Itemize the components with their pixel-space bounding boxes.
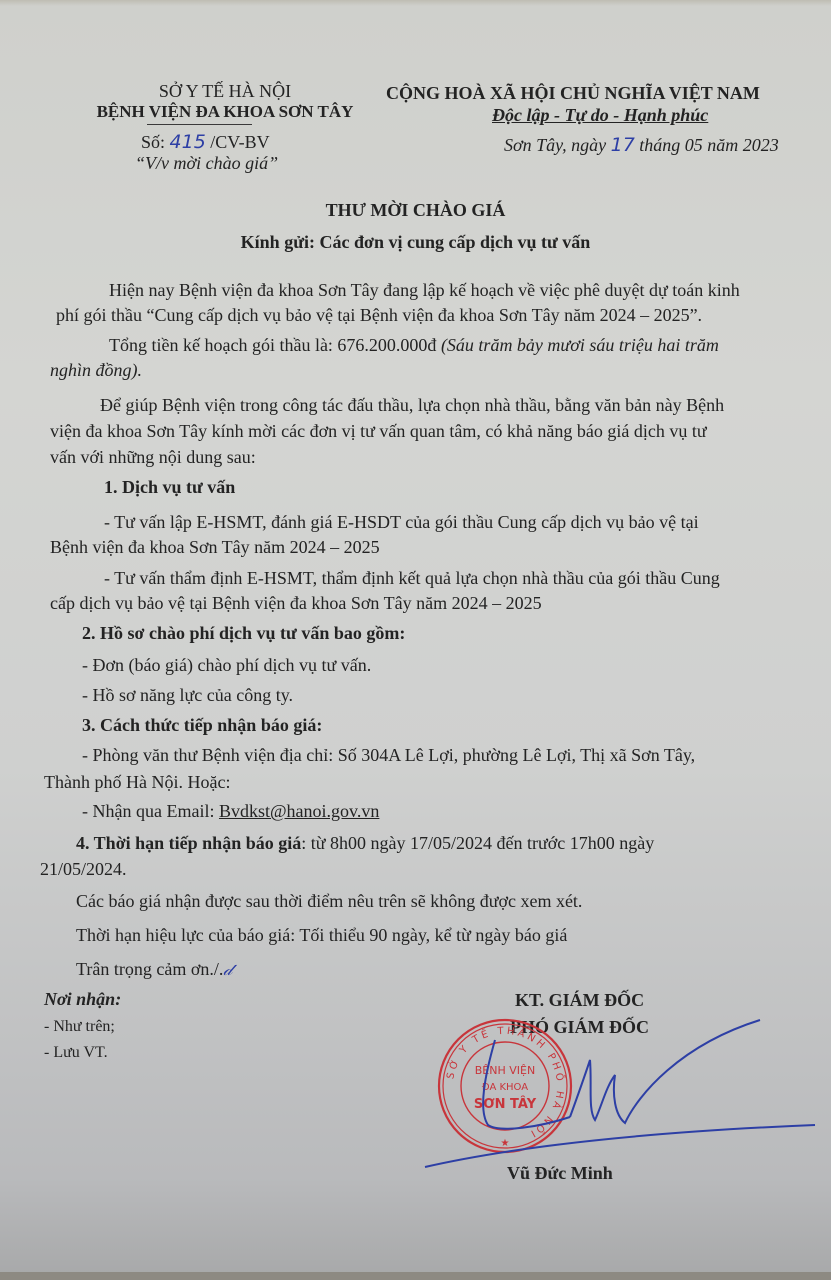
issue-date: Sơn Tây, ngày 17 tháng 05 năm 2023 (504, 134, 779, 156)
paragraph-2-line-2: nghìn đồng). (50, 359, 142, 381)
department-name: SỞ Y TẾ HÀ NỘI (60, 80, 390, 102)
section-1-item-1-line-1: - Tư vấn lập E-HSMT, đánh giá E-HSDT của… (104, 511, 699, 533)
paragraph-3-line-3: vấn với những nội dung sau: (50, 446, 256, 468)
note-validity: Thời hạn hiệu lực của báo giá: Tối thiểu… (76, 924, 567, 946)
section-1-item-2-line-1: - Tư vấn thẩm định E-HSMT, thẩm định kết… (104, 567, 720, 589)
section-3-item-1-line-2: Thành phố Hà Nội. Hoặc: (44, 771, 230, 793)
paragraph-2-line-1: Tổng tiền kế hoạch gói thầu là: 676.200.… (109, 334, 719, 356)
email-label: - Nhận qua Email: (82, 801, 219, 821)
initial-mark: 𝒹 (223, 960, 232, 980)
section-4-heading: 4. Thời hạn tiếp nhận báo giá (76, 833, 301, 853)
handwritten-signature (420, 1015, 820, 1185)
header-left-rule (147, 124, 252, 125)
section-2-item-1: - Đơn (báo giá) chào phí dịch vụ tư vấn. (82, 654, 371, 676)
signatory-name: Vũ Đức Minh (507, 1162, 613, 1184)
section-2-heading: 2. Hồ sơ chào phí dịch vụ tư vấn bao gồm… (82, 622, 405, 644)
document-title: THƯ MỜI CHÀO GIÁ (0, 199, 831, 221)
number-handwritten: 415 (170, 131, 206, 153)
recipient-item: - Lưu VT. (44, 1042, 108, 1064)
paragraph-3-line-1: Để giúp Bệnh viện trong công tác đấu thầ… (100, 394, 724, 416)
total-budget: Tổng tiền kế hoạch gói thầu là: 676.200.… (109, 335, 436, 355)
page-edge-shadow (0, 0, 831, 6)
note-late-submissions: Các báo giá nhận được sau thời điểm nêu … (76, 890, 582, 912)
document-page: SỞ Y TẾ HÀ NỘI BỆNH VIỆN ĐA KHOA SƠN TÂY… (0, 0, 831, 1280)
section-1-heading: 1. Dịch vụ tư vấn (104, 476, 235, 498)
national-motto: Độc lập - Tự do - Hạnh phúc (492, 104, 708, 126)
paragraph-3-line-2: viện đa khoa Sơn Tây kính mời các đơn vị… (50, 420, 707, 442)
section-4-line-2: 21/05/2024. (40, 858, 127, 880)
date-day-handwritten: 17 (611, 134, 635, 156)
section-3-item-1-line-1: - Phòng văn thư Bệnh viện địa chỉ: Số 30… (82, 744, 695, 766)
section-1-item-1-line-2: Bệnh viện đa khoa Sơn Tây năm 2024 – 202… (50, 536, 380, 558)
signature-role-1: KT. GIÁM ĐỐC (515, 989, 644, 1011)
addressee: Kính gửi: Các đơn vị cung cấp dịch vụ tư… (0, 231, 831, 253)
recipient-item: - Như trên; (44, 1016, 115, 1038)
document-number: Số: 415 /CV-BV (141, 131, 270, 153)
section-2-item-2: - Hồ sơ năng lực của công ty. (82, 684, 293, 706)
nation-name: CỘNG HOÀ XÃ HỘI CHỦ NGHĨA VIỆT NAM (386, 82, 760, 104)
section-3-heading: 3. Cách thức tiếp nhận báo giá: (82, 714, 322, 736)
hospital-name: BỆNH VIỆN ĐA KHOA SƠN TÂY (60, 101, 390, 123)
recipients-heading: Nơi nhận: (44, 988, 121, 1010)
email-link[interactable]: Bvdkst@hanoi.gov.vn (219, 801, 379, 821)
closing: Trân trọng cảm ơn./.𝒹 (76, 958, 232, 981)
date-rest: tháng 05 năm 2023 (639, 135, 779, 155)
closing-text: Trân trọng cảm ơn./. (76, 959, 223, 979)
section-3-item-2: - Nhận qua Email: Bvdkst@hanoi.gov.vn (82, 800, 379, 822)
paragraph-1-line-1: Hiện nay Bệnh viện đa khoa Sơn Tây đang … (109, 279, 740, 301)
paragraph-1-line-2: phí gói thầu “Cung cấp dịch vụ bảo vệ tạ… (56, 304, 702, 326)
section-1-item-2-line-2: cấp dịch vụ bảo vệ tại Bệnh viện đa khoa… (50, 592, 542, 614)
total-budget-in-words: (Sáu trăm bảy mươi sáu triệu hai trăm (441, 335, 719, 355)
date-prefix: Sơn Tây, ngày (504, 135, 606, 155)
document-subject: “V/v mời chào giá” (135, 152, 278, 174)
number-prefix: Số: (141, 132, 165, 152)
section-4-period: : từ 8h00 ngày 17/05/2024 đến trước 17h0… (301, 833, 654, 853)
number-suffix: /CV-BV (210, 132, 269, 152)
page-bottom-edge (0, 1272, 831, 1280)
section-4-line-1: 4. Thời hạn tiếp nhận báo giá: từ 8h00 n… (76, 832, 654, 854)
